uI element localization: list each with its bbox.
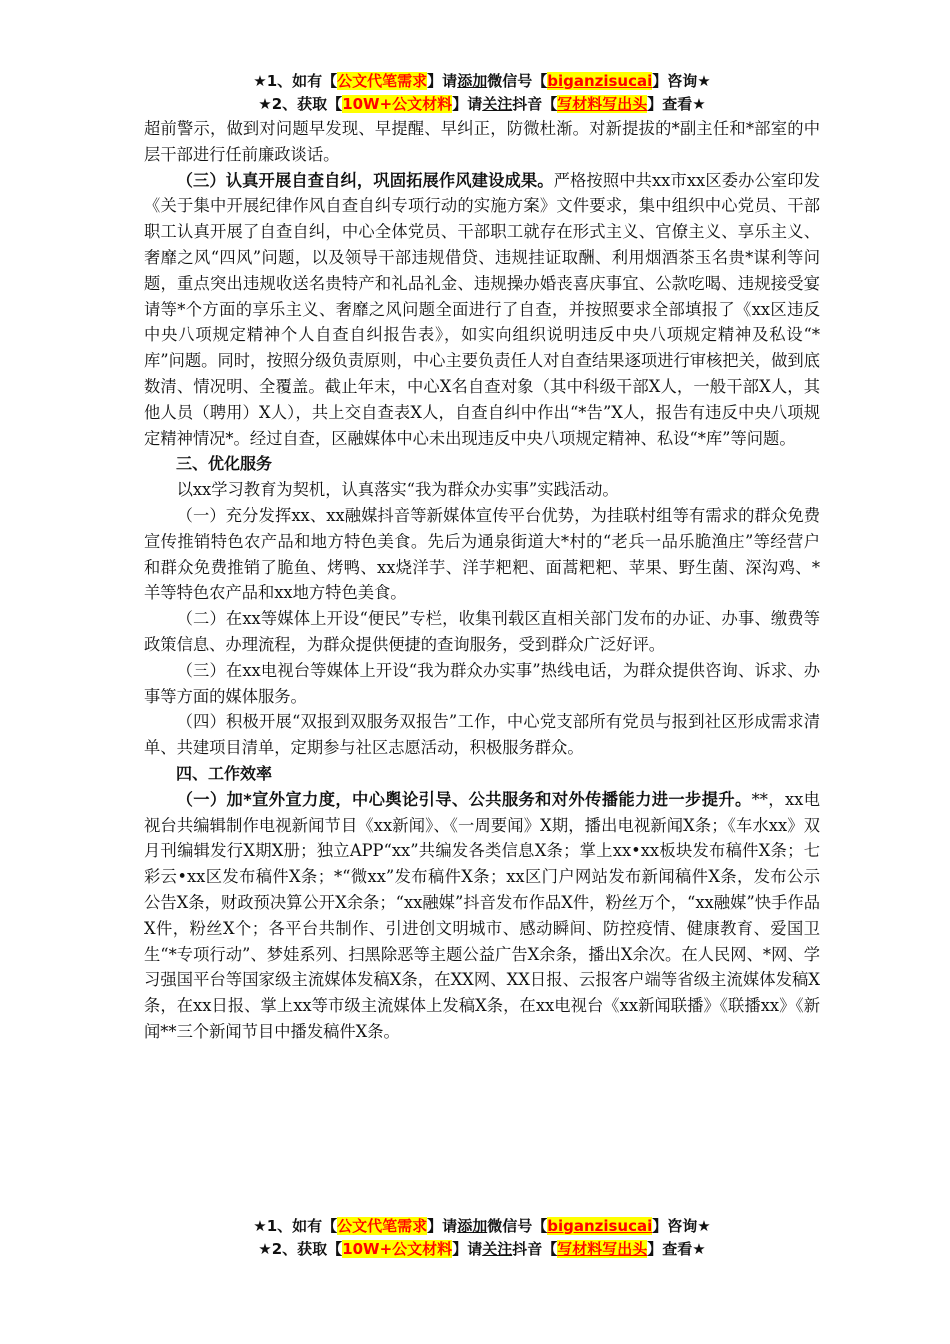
section-heading-optimize-service: 三、优化服务 bbox=[144, 451, 820, 477]
promo-wechat-id[interactable]: biganzisucai bbox=[547, 72, 652, 90]
paragraph-publicity: （一）加*宣外宣力度，中心舆论引导、公共服务和对外传播能力进一步提升。**，xx… bbox=[144, 787, 820, 1045]
promo-text: 微信号【 bbox=[487, 1217, 547, 1235]
promo-text: 微信号【 bbox=[487, 72, 547, 90]
paragraph-service-intro: 以xx学习教育为契机，认真落实“我为群众办实事”实践活动。 bbox=[144, 477, 820, 503]
promo-highlight-materials: 10W+公文材料 bbox=[342, 95, 452, 113]
promo-douyin-account[interactable]: 写材料写出头 bbox=[557, 95, 647, 113]
promo-highlight-ghostwriting: 公文代笔需求 bbox=[337, 72, 427, 90]
paragraph-service-item-3: （三）在xx电视台等媒体上开设“我为群众办实事”热线电话，为群众提供咨询、诉求、… bbox=[144, 658, 820, 710]
promo-line-1: ★1、如有【公文代笔需求】请添加微信号【biganzisucai】咨询★ bbox=[144, 70, 820, 93]
paragraph-service-item-1: （一）充分发挥xx、xx融媒抖音等新媒体宣传平台优势，为挂联村组等有需求的群众免… bbox=[144, 503, 820, 606]
promo-text: ★2、获取【 bbox=[258, 1240, 342, 1258]
promo-underlined-add: 添加 bbox=[457, 1217, 487, 1235]
promo-line-1: ★1、如有【公文代笔需求】请添加微信号【biganzisucai】咨询★ bbox=[144, 1215, 820, 1238]
promo-text: 】请 bbox=[452, 95, 482, 113]
promo-text: 】查看★ bbox=[647, 1240, 705, 1258]
promo-underlined-follow: 关注 bbox=[482, 95, 512, 113]
promo-text: 抖音【 bbox=[512, 95, 557, 113]
section-heading-work-efficiency: 四、工作效率 bbox=[144, 761, 820, 787]
promo-text: 】请 bbox=[452, 1240, 482, 1258]
promo-banner-top: ★1、如有【公文代笔需求】请添加微信号【biganzisucai】咨询★ ★2、… bbox=[144, 70, 820, 116]
promo-text: 】咨询★ bbox=[652, 1217, 710, 1235]
promo-text: 】查看★ bbox=[647, 95, 705, 113]
promo-highlight-materials: 10W+公文材料 bbox=[342, 1240, 452, 1258]
promo-highlight-ghostwriting: 公文代笔需求 bbox=[337, 1217, 427, 1235]
document-page: ★1、如有【公文代笔需求】请添加微信号【biganzisucai】咨询★ ★2、… bbox=[144, 70, 820, 1045]
promo-text: ★1、如有【 bbox=[253, 1217, 337, 1235]
promo-text: 抖音【 bbox=[512, 1240, 557, 1258]
promo-line-2: ★2、获取【10W+公文材料】请关注抖音【写材料写出头】查看★ bbox=[144, 93, 820, 116]
paragraph-bold-lead: （一）加*宣外宣力度，中心舆论引导、公共服务和对外传播能力进一步提升。 bbox=[177, 790, 752, 809]
promo-wechat-id[interactable]: biganzisucai bbox=[547, 1217, 652, 1235]
promo-text: 】请 bbox=[427, 72, 457, 90]
paragraph-body: **，xx电视台共编辑制作电视新闻节目《xx新闻》、《一周要闻》X期，播出电视新… bbox=[144, 790, 820, 1041]
paragraph-body: 严格按照中共xx市xx区委办公室印发《关于集中开展纪律作风自查自纠专项行动的实施… bbox=[144, 171, 820, 448]
promo-text: 】请 bbox=[427, 1217, 457, 1235]
promo-underlined-follow: 关注 bbox=[482, 1240, 512, 1258]
paragraph-bold-lead: （三）认真开展自查自纠，巩固拓展作风建设成果。 bbox=[177, 171, 554, 190]
promo-text: 】咨询★ bbox=[652, 72, 710, 90]
promo-text: ★2、获取【 bbox=[258, 95, 342, 113]
promo-text: ★1、如有【 bbox=[253, 72, 337, 90]
promo-line-2: ★2、获取【10W+公文材料】请关注抖音【写材料写出头】查看★ bbox=[144, 1238, 820, 1261]
paragraph-service-item-4: （四）积极开展“双报到双服务双报告”工作，中心党支部所有党员与报到社区形成需求清… bbox=[144, 709, 820, 761]
promo-douyin-account[interactable]: 写材料写出头 bbox=[557, 1240, 647, 1258]
paragraph-service-item-2: （二）在xx等媒体上开设“便民”专栏，收集刊载区直相关部门发布的办证、办事、缴费… bbox=[144, 606, 820, 658]
promo-banner-bottom: ★1、如有【公文代笔需求】请添加微信号【biganzisucai】咨询★ ★2、… bbox=[144, 1215, 820, 1261]
paragraph-self-inspection: （三）认真开展自查自纠，巩固拓展作风建设成果。严格按照中共xx市xx区委办公室印… bbox=[144, 168, 820, 452]
paragraph-continued: 超前警示，做到对问题早发现、早提醒、早纠正，防微杜渐。对新提拔的*副主任和*部室… bbox=[144, 116, 820, 168]
promo-underlined-add: 添加 bbox=[457, 72, 487, 90]
